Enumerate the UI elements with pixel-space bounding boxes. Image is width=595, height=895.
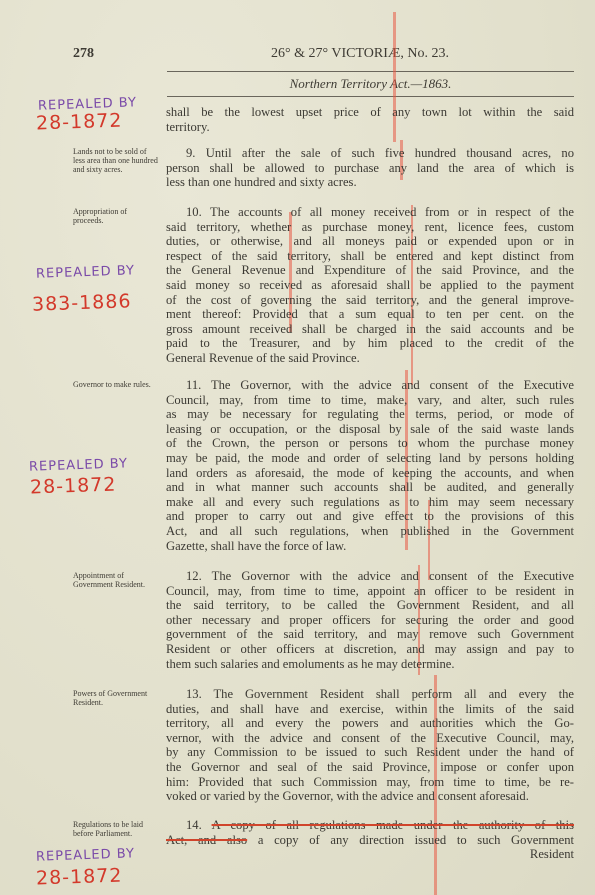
repealed-handwritten-ref: 28-1872 [30, 473, 117, 498]
repealed-stamp: REPEALED BY [36, 846, 135, 864]
section-14-text: a copy of any direction issued to such G… [247, 833, 574, 847]
catchword: Resident [166, 847, 574, 862]
struck-text: A copy of all regulations made under the… [212, 818, 574, 832]
marginal-note-13: Powers of Government Resident. [73, 689, 158, 707]
continuation-paragraph: shall be the lowest upset price of any t… [166, 105, 574, 134]
marginal-note-14: Regulations to be laid before Parliament… [73, 820, 158, 838]
section-9: 9. Until after the sale of such five hun… [166, 146, 574, 190]
running-head: 26° & 27° VICTORIÆ, No. 23. [250, 46, 470, 62]
repealed-handwritten-ref: 28-1872 [36, 864, 123, 889]
section-10: 10. The accounts of all money received f… [166, 205, 574, 366]
header-rule-top [167, 71, 574, 72]
marginal-note-12: Appointment of Government Resident. [73, 571, 158, 589]
struck-text: Act, and also [166, 833, 247, 847]
header-rule-bottom [167, 96, 574, 97]
section-11: 11. The Governor, with the advice and co… [166, 378, 574, 553]
marginal-note-11: Governor to make rules. [73, 380, 158, 389]
section-14: 14. A copy of all regulations made under… [166, 818, 574, 862]
marginal-note-10: Appropriation of proceeds. [73, 207, 158, 225]
repealed-stamp: REPEALED BY [36, 263, 135, 281]
act-subtitle: Northern Territory Act.—1863. [167, 76, 574, 92]
section-12: 12. The Governor with the advice and con… [166, 569, 574, 671]
section-number: 14. [186, 818, 202, 832]
repealed-stamp: REPEALED BY [29, 456, 128, 474]
section-13: 13. The Government Resident shall perfor… [166, 687, 574, 804]
repealed-handwritten-ref: 28-1872 [36, 109, 123, 134]
marginal-note-9: Lands not to be sold of less area than o… [73, 147, 158, 174]
repealed-handwritten-ref: 383-1886 [32, 290, 132, 315]
page-number: 278 [73, 46, 94, 62]
